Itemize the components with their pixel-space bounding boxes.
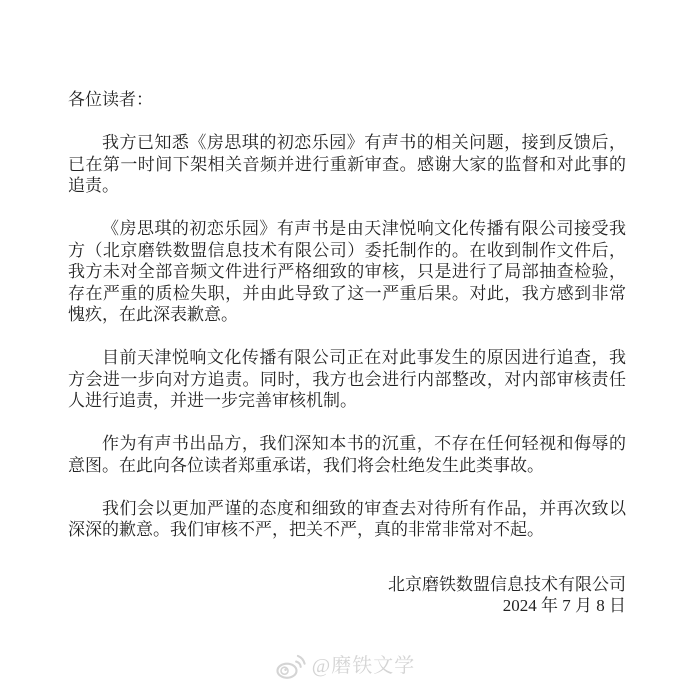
weibo-icon xyxy=(275,653,306,680)
signature-block: 北京磨铁数盟信息技术有限公司 2024 年 7 月 8 日 xyxy=(68,574,626,617)
paragraph-5: 我们会以更加严谨的态度和细致的审查去对待所有作品，并再次致以深深的歉意。我们审核… xyxy=(68,498,626,541)
salutation: 各位读者： xyxy=(68,89,626,111)
watermark-text: @磨铁文学 xyxy=(312,651,415,681)
letter-date: 2024 年 7 月 8 日 xyxy=(68,595,626,617)
paragraph-2: 《房思琪的初恋乐园》有声书是由天津悦响文化传播有限公司接受我方（北京磨铁数盟信息… xyxy=(68,218,626,326)
apology-letter: 各位读者： 我方已知悉《房思琪的初恋乐园》有声书的相关问题，接到反馈后，已在第一… xyxy=(68,89,626,617)
paragraph-1: 我方已知悉《房思琪的初恋乐园》有声书的相关问题，接到反馈后，已在第一时间下架相关… xyxy=(68,132,626,197)
paragraph-4: 作为有声书出品方，我们深知本书的沉重，不存在任何轻视和侮辱的意图。在此向各位读者… xyxy=(68,433,626,476)
paragraph-3: 目前天津悦响文化传播有限公司正在对此事发生的原因进行追查，我方会进一步向对方追责… xyxy=(68,347,626,412)
watermark: @磨铁文学 xyxy=(0,651,690,681)
company-signature: 北京磨铁数盟信息技术有限公司 xyxy=(68,574,626,596)
